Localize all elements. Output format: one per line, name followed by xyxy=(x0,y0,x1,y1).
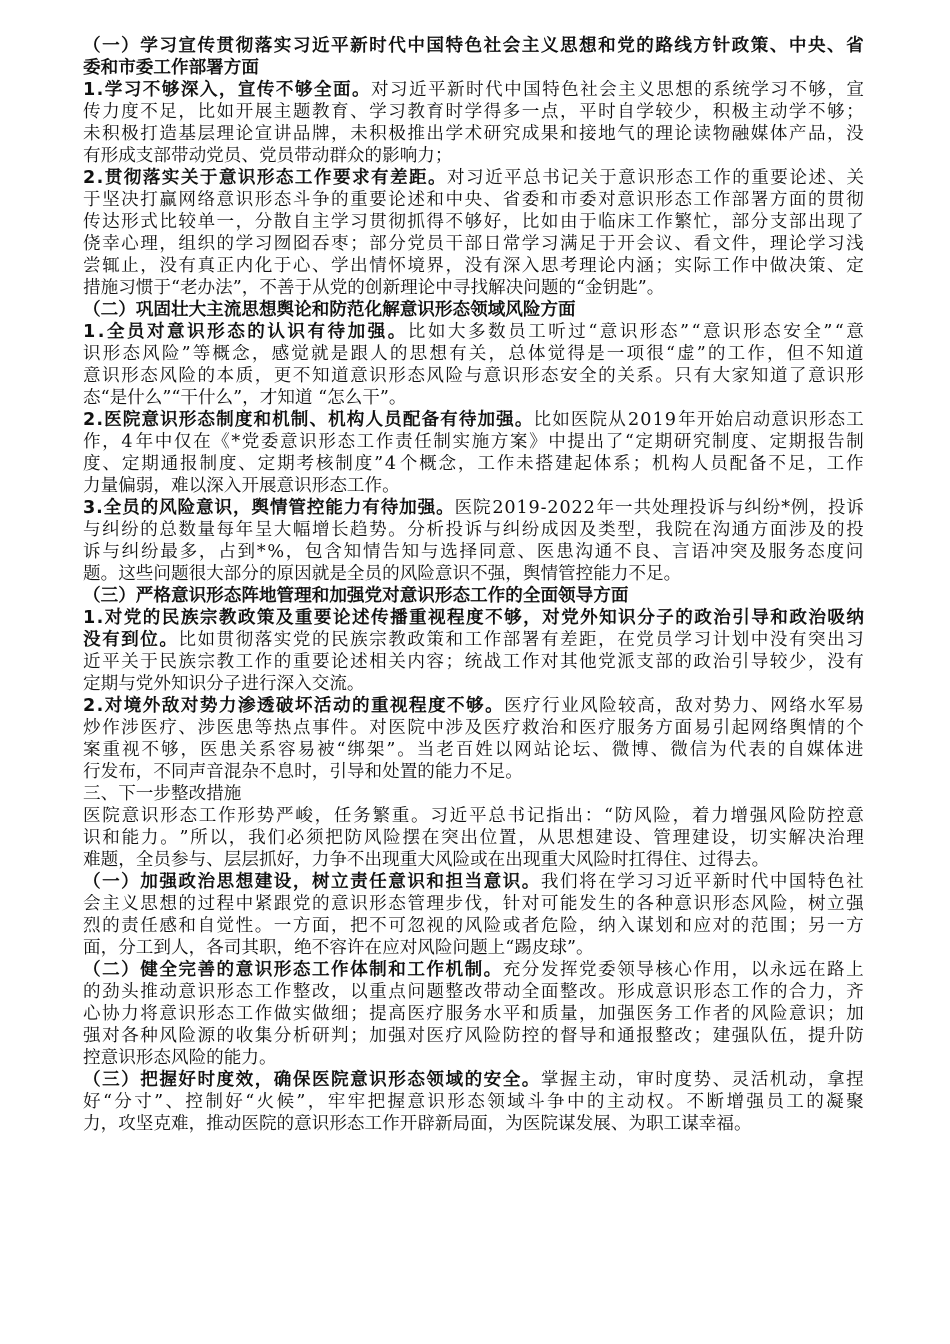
text-line: 有形成支部带动党员、党员带动群众的影响力； xyxy=(83,145,864,167)
text-line: 传达形式比较单一，分散自主学习贯彻抓得不够好，比如由于临床工作繁忙，部分支部出现… xyxy=(83,211,864,233)
text-line: 诉与纠纷最多，占到*%，包含知情告知与选择同意、医患沟通不良、言语冲突及服务态度… xyxy=(83,541,864,563)
chapter-3-intro: 医院意识形态工作形势严峻，任务繁重。习近平总书记指出：“防风险，着力增强风险防控… xyxy=(83,805,864,827)
text-line: 于坚决打赢网络意识形态斗争的重要论述和中央、省委和市委对意识形态工作部署方面的贯… xyxy=(83,189,864,211)
text-line: 力量偏弱，难以深入开展意识形态工作。 xyxy=(83,475,864,497)
text-line: 的劲头推动意识形态工作整改，以重点问题整改带动全面整改。形成意识形态工作的合力，… xyxy=(83,981,864,1003)
item-1-2-3: 3.全员的风险意识，舆情管控能力有待加强。医院 2019-2022 年一共处理投… xyxy=(83,497,864,519)
text-line: 面，分工到人，各司其职，绝不容许在应对风险问题上“踢皮球”。 xyxy=(83,937,864,959)
text-line: 与纠纷的总数量每年呈大幅增长趋势。分析投诉与纠纷成因及类型，我院在沟通方面涉及的… xyxy=(83,519,864,541)
text-line: 侥幸心理，组织的学习囫囵吞枣；部分党员干部日常学习满足于开会议、看文件，理论学习… xyxy=(83,233,864,255)
text-line: 案重视不够，医患关系容易被“绑架”。当老百姓以网站论坛、微博、微信为代表的自媒体… xyxy=(83,739,864,761)
item-1-1-2: 2.贯彻落实关于意识形态工作要求有差距。对习近平总书记关于意识形态工作的重要论述… xyxy=(83,167,864,189)
measure-3-1: （一）加强政治思想建设，树立责任意识和担当意识。我们将在学习习近平新时代中国特色… xyxy=(83,871,864,893)
item-1-3-1: 1.对党的民族宗教政策及重要论述传播重视程度不够，对党外知识分子的政治引导和政治… xyxy=(83,607,864,629)
text-line: 识形态风险”等概念，感觉就是跟人的思想有关，总体觉得是一项很“虚”的工作，但不知… xyxy=(83,343,864,365)
text-line: 定期与党外知识分子进行深入交流。 xyxy=(83,673,864,695)
measure-3-3: （三）把握好时度效，确保医院意识形态领域的安全。掌握主动，审时度势、灵活机动，拿… xyxy=(83,1069,864,1091)
item-1-1-1: 1.学习不够深入，宣传不够全面。对习近平新时代中国特色社会主义思想的系统学习不够… xyxy=(83,79,864,101)
section-heading-1-3: （三）严格意识形态阵地管理和加强党对意识形态工作的全面领导方面 xyxy=(83,585,864,607)
text-line: 心协力将意识形态工作做实做细；提高医疗服务水平和质量，加强医务工作者的风险意识；… xyxy=(83,1003,864,1025)
text-line: 烈的责任感和自觉性。一方面，把不可忽视的风险或者危险，纳入谋划和应对的范围；另一… xyxy=(83,915,864,937)
item-1-2-1: 1.全员对意识形态的认识有待加强。比如大多数员工听过“意识形态”“意识形态安全”… xyxy=(83,321,864,343)
measure-3-2: （二）健全完善的意识形态工作体制和工作机制。充分发挥党委领导核心作用，以永远在路… xyxy=(83,959,864,981)
text-line: 尝辄止，没有真正内化于心、学出情怀境界，没有深入思考理论内涵；实际工作中做决策、… xyxy=(83,255,864,277)
chapter-heading-3: 三、下一步整改措施 xyxy=(83,783,864,805)
text-line: 识和能力。”所以，我们必须把防风险摆在突出位置，从思想建设、管理建设，切实解决治… xyxy=(83,827,864,849)
section-heading-1-1-cont: 委和市委工作部署方面 xyxy=(83,57,864,79)
text-line: 强对各种风险源的收集分析研判；加强对医疗风险防控的督导和通报整改；建强队伍，提升… xyxy=(83,1025,864,1047)
text-line: 会主义思想的过程中紧跟党的意识形态管理步伐，针对可能发生的各种意识形态风险，树立… xyxy=(83,893,864,915)
text-line: 度、定期通报制度、定期考核制度”4 个概念，工作未搭建起体系；机构人员配备不足，… xyxy=(83,453,864,475)
text-line: 态“是什么”“干什么”，才知道 “怎么干”。 xyxy=(83,387,864,409)
text-line: 意识形态风险的本质，更不知道意识形态风险与意识形态安全的关系。只有大家知道了意识… xyxy=(83,365,864,387)
text-line: 近平关于民族宗教工作的重要论述相关内容；统战工作对其他党派支部的政治引导较少，没… xyxy=(83,651,864,673)
item-1-3-2: 2.对境外敌对势力渗透破坏活动的重视程度不够。医疗行业风险较高，敌对势力、网络水… xyxy=(83,695,864,717)
text-line: 没有到位。比如贯彻落实党的民族宗教政策和工作部署有差距，在党员学习计划中没有突出… xyxy=(83,629,864,651)
section-heading-1-1: （一）学习宣传贯彻落实习近平新时代中国特色社会主义思想和党的路线方针政策、中央、… xyxy=(83,35,864,57)
text-line: 措施习惯于“老办法”，不善于从党的创新理论中寻找解决问题的“金钥匙”。 xyxy=(83,277,864,299)
text-line: 炒作涉医疗、涉医患等热点事件。对医院中涉及医疗救治和医疗服务方面易引起网络舆情的… xyxy=(83,717,864,739)
text-line: 未积极打造基层理论宣讲品牌，未积极推出学术研究成果和接地气的理论读物融媒体产品，… xyxy=(83,123,864,145)
text-line: 传力度不足，比如开展主题教育、学习教育时学得多一点，平时自学较少，积极主动学不够… xyxy=(83,101,864,123)
text-line: 难题，全员参与、层层抓好，力争不出现重大风险或在出现重大风险时扛得住、过得去。 xyxy=(83,849,864,871)
item-1-2-2: 2.医院意识形态制度和机制、机构人员配备有待加强。比如医院从 2019 年开始启… xyxy=(83,409,864,431)
text-line: 作，4 年中仅在《*党委意识形态工作责任制实施方案》中提出了“定期研究制度、定期… xyxy=(83,431,864,453)
document-page: （一）学习宣传贯彻落实习近平新时代中国特色社会主义思想和党的路线方针政策、中央、… xyxy=(83,35,864,1135)
section-heading-1-2: （二）巩固壮大主流思想舆论和防范化解意识形态领域风险方面 xyxy=(83,299,864,321)
text-line: 好“分寸”、控制好“火候”，牢牢把握意识形态领域斗争中的主动权。不断增强员工的凝… xyxy=(83,1091,864,1113)
text-line: 行发布，不同声音混杂不息时，引导和处置的能力不足。 xyxy=(83,761,864,783)
text-line: 力，攻坚克难，推动医院的意识形态工作开辟新局面，为医院谋发展、为职工谋幸福。 xyxy=(83,1113,864,1135)
text-line: 控意识形态风险的能力。 xyxy=(83,1047,864,1069)
text-line: 题。这些问题很大部分的原因就是全员的风险意识不强，舆情管控能力不足。 xyxy=(83,563,864,585)
